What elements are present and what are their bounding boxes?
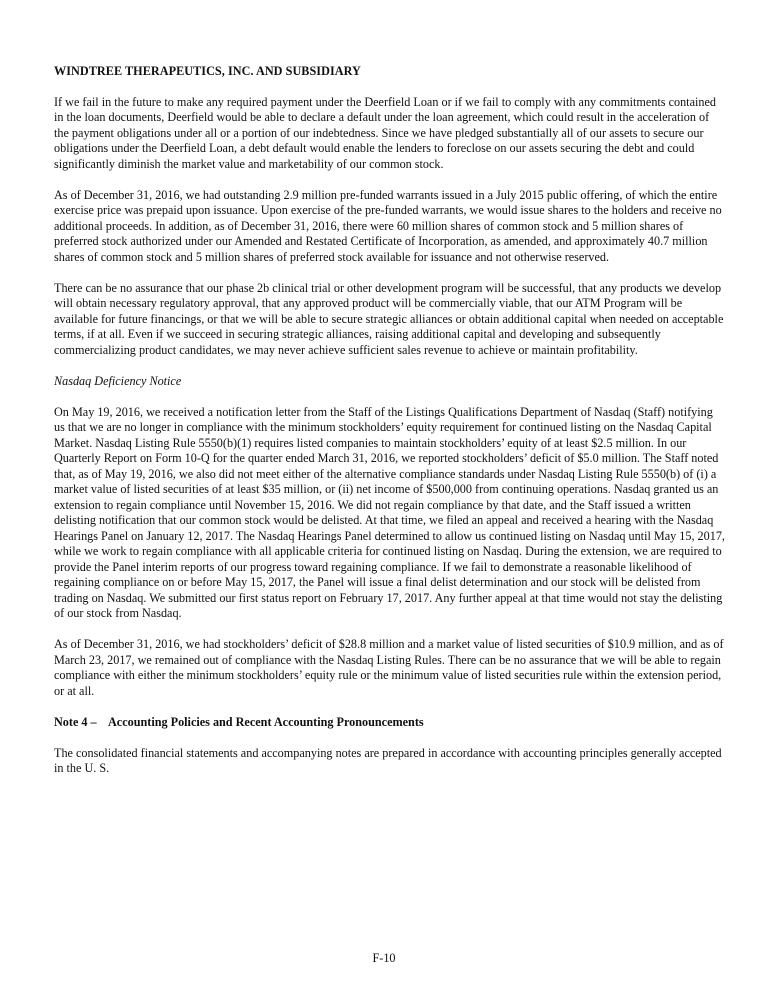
note-title: Accounting Policies and Recent Accountin… bbox=[108, 715, 424, 731]
document-page: WINDTREE THERAPEUTICS, INC. AND SUBSIDIA… bbox=[54, 64, 726, 792]
paragraph-stockholders-deficit: As of December 31, 2016, we had stockhol… bbox=[54, 637, 726, 699]
paragraph-assurance: There can be no assurance that our phase… bbox=[54, 281, 726, 359]
paragraph-deerfield-loan: If we fail in the future to make any req… bbox=[54, 95, 726, 173]
note-number: Note 4 – bbox=[54, 715, 108, 731]
company-header: WINDTREE THERAPEUTICS, INC. AND SUBSIDIA… bbox=[54, 64, 726, 80]
paragraph-nasdaq-notice: On May 19, 2016, we received a notificat… bbox=[54, 405, 726, 622]
note-4-heading: Note 4 – Accounting Policies and Recent … bbox=[54, 715, 726, 731]
nasdaq-subheading: Nasdaq Deficiency Notice bbox=[54, 374, 726, 390]
paragraph-accounting-policies: The consolidated financial statements an… bbox=[54, 746, 726, 777]
paragraph-warrants: As of December 31, 2016, we had outstand… bbox=[54, 188, 726, 266]
page-number: F-10 bbox=[0, 951, 768, 966]
